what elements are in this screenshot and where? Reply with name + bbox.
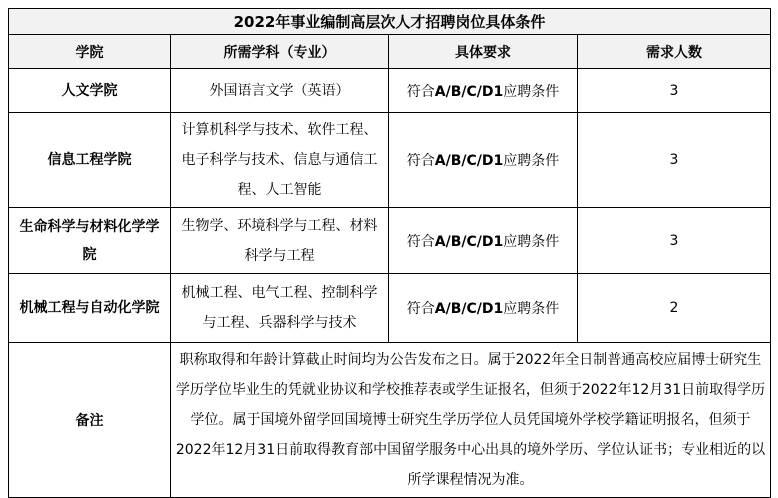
count-cell: 2 — [578, 274, 771, 343]
requirement-code: A/B/C/D1 — [435, 153, 503, 169]
header-majors: 所需学科（专业） — [171, 35, 389, 69]
note-label: 备注 — [9, 343, 171, 498]
requirement-prefix: 符合 — [407, 153, 435, 169]
college-cell: 信息工程学院 — [9, 113, 171, 208]
requirement-code: A/B/C/D1 — [435, 301, 503, 317]
requirement-cell: 符合A/B/C/D1应聘条件 — [389, 208, 578, 274]
requirement-suffix: 应聘条件 — [503, 301, 559, 317]
requirement-cell: 符合A/B/C/D1应聘条件 — [389, 113, 578, 208]
header-requirement: 具体要求 — [389, 35, 578, 69]
college-cell: 生命科学与材料化学学院 — [9, 208, 171, 274]
table-title: 2022年事业编制高层次人才招聘岗位具体条件 — [9, 9, 771, 35]
requirement-cell: 符合A/B/C/D1应聘条件 — [389, 69, 578, 113]
header-count: 需求人数 — [578, 35, 771, 69]
table-row: 生命科学与材料化学学院 生物学、环境科学与工程、材料科学与工程 符合A/B/C/… — [9, 208, 771, 274]
requirement-suffix: 应聘条件 — [503, 84, 559, 100]
requirement-code: A/B/C/D1 — [435, 234, 503, 250]
majors-cell: 计算机科学与技术、软件工程、电子科学与技术、信息与通信工程、人工智能 — [171, 113, 389, 208]
requirement-code: A/B/C/D1 — [435, 84, 503, 100]
college-cell: 人文学院 — [9, 69, 171, 113]
note-row: 备注 职称取得和年龄计算截止时间均为公告发布之日。属于2022年全日制普通高校应… — [9, 343, 771, 498]
requirement-prefix: 符合 — [407, 234, 435, 250]
table-row: 信息工程学院 计算机科学与技术、软件工程、电子科学与技术、信息与通信工程、人工智… — [9, 113, 771, 208]
requirement-suffix: 应聘条件 — [503, 153, 559, 169]
recruitment-table: 2022年事业编制高层次人才招聘岗位具体条件 学院 所需学科（专业） 具体要求 … — [8, 8, 771, 498]
header-college: 学院 — [9, 35, 171, 69]
requirement-suffix: 应聘条件 — [503, 234, 559, 250]
majors-cell: 外国语言文学（英语） — [171, 69, 389, 113]
count-cell: 3 — [578, 69, 771, 113]
majors-cell: 生物学、环境科学与工程、材料科学与工程 — [171, 208, 389, 274]
table-header-row: 学院 所需学科（专业） 具体要求 需求人数 — [9, 35, 771, 69]
table-row: 机械工程与自动化学院 机械工程、电气工程、控制科学与工程、兵器科学与技术 符合A… — [9, 274, 771, 343]
requirement-prefix: 符合 — [407, 84, 435, 100]
majors-cell: 机械工程、电气工程、控制科学与工程、兵器科学与技术 — [171, 274, 389, 343]
count-cell: 3 — [578, 208, 771, 274]
table-row: 人文学院 外国语言文学（英语） 符合A/B/C/D1应聘条件 3 — [9, 69, 771, 113]
count-cell: 3 — [578, 113, 771, 208]
requirement-prefix: 符合 — [407, 301, 435, 317]
requirement-cell: 符合A/B/C/D1应聘条件 — [389, 274, 578, 343]
table-title-row: 2022年事业编制高层次人才招聘岗位具体条件 — [9, 9, 771, 35]
note-text: 职称取得和年龄计算截止时间均为公告发布之日。属于2022年全日制普通高校应届博士… — [171, 343, 771, 498]
college-cell: 机械工程与自动化学院 — [9, 274, 171, 343]
document-page: 2022年事业编制高层次人才招聘岗位具体条件 学院 所需学科（专业） 具体要求 … — [8, 8, 771, 498]
